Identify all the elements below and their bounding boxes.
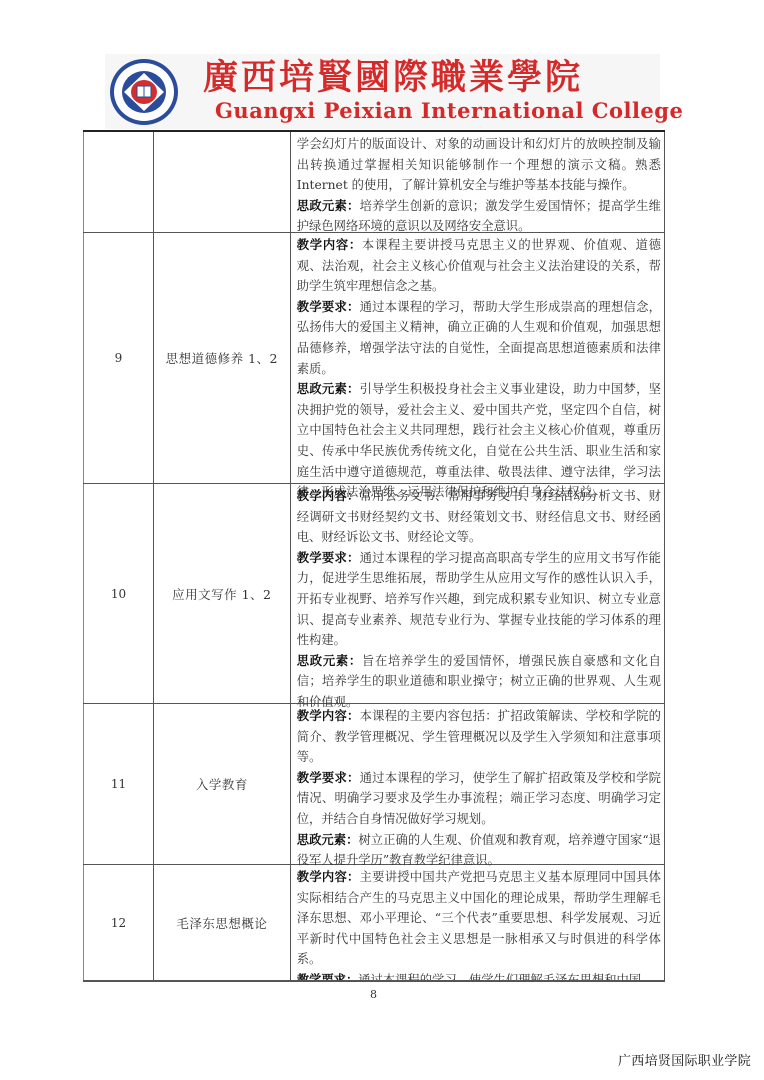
course-table: 学会幻灯片的版面设计、对象的动画设计和幻灯片的放映控制及输出转换通过掌握相关知识… [83, 130, 665, 982]
requirement-label: 教学要求： [297, 972, 359, 982]
requirement-text: 通过本课程的学习，使学生们理解毛泽东思想和中国 [358, 973, 641, 982]
course-description: 教学内容：本课程主要讲授马克思主义的世界观、价值观、道德观、法治观，社会主义核心… [291, 233, 665, 483]
course-name: 毛泽东思想概论 [154, 865, 291, 980]
course-description: 教学内容：主要讲授中国共产党把马克思主义基本原理同中国具体实际相结合产生的马克思… [291, 865, 665, 980]
page-number: 8 [370, 988, 377, 1001]
table-row: 12 毛泽东思想概论 教学内容：主要讲授中国共产党把马克思主义基本原理同中国具体… [83, 865, 665, 982]
college-english-name: Guangxi Peixian International College [215, 99, 683, 123]
table-row: 9 思想道德修养 1、2 教学内容：本课程主要讲授马克思主义的世界观、价值观、道… [83, 233, 665, 484]
course-name: 入学教育 [154, 704, 291, 864]
ideology-text: 引导学生积极投身社会主义事业建设，助力中国梦，坚决拥护党的领导，爱社会主义、爱中… [297, 382, 661, 499]
course-number: 10 [83, 484, 154, 703]
course-description: 教学内容：本课程的主要内容包括：扩招政策解读、学校和学院的简介、教学管理概况、学… [291, 704, 665, 864]
college-header-banner: 廣西培賢國際職業學院 Guangxi Peixian International… [105, 54, 660, 129]
footer-institution-name: 广西培贤国际职业学院 [618, 1050, 751, 1069]
course-number: 12 [83, 865, 154, 980]
requirement-label: 教学要求： [297, 299, 360, 314]
ideology-label: 思政元素： [297, 381, 360, 396]
table-row: 学会幻灯片的版面设计、对象的动画设计和幻灯片的放映控制及输出转换通过掌握相关知识… [83, 132, 665, 233]
content-label: 教学内容： [297, 708, 360, 723]
college-chinese-name: 廣西培賢國際職業學院 [203, 58, 583, 98]
course-name: 应用文写作 1、2 [154, 484, 291, 703]
ideology-label: 思政元素： [297, 832, 359, 847]
content-label: 教学内容： [297, 869, 360, 884]
table-row: 11 入学教育 教学内容：本课程的主要内容包括：扩招政策解读、学校和学院的简介、… [83, 704, 665, 865]
course-description: 学会幻灯片的版面设计、对象的动画设计和幻灯片的放映控制及输出转换通过掌握相关知识… [291, 132, 665, 232]
course-number [83, 132, 154, 232]
requirement-text: 通过本课程的学习提高高职高专学生的应用文书写作能力，促进学生思维拓展，帮助学生从… [297, 551, 661, 647]
content-text: 主要讲授中国共产党把马克思主义基本原理同中国具体实际相结合产生的马克思主义中国化… [297, 870, 661, 966]
college-emblem-icon [109, 57, 179, 127]
course-name [154, 132, 291, 232]
requirement-label: 教学要求： [297, 770, 360, 785]
course-number: 9 [83, 233, 154, 483]
ideology-label: 思政元素： [297, 198, 360, 213]
content-label: 教学内容： [297, 237, 362, 252]
continued-text: 学会幻灯片的版面设计、对象的动画设计和幻灯片的放映控制及输出转换通过掌握相关知识… [297, 134, 661, 196]
course-number: 11 [83, 704, 154, 864]
course-name: 思想道德修养 1、2 [154, 233, 291, 483]
table-row: 10 应用文写作 1、2 教学内容：常用公务文书、常用事务文书、财经活动分析文书… [83, 484, 665, 704]
requirement-label: 教学要求： [297, 550, 360, 565]
content-label: 教学内容： [297, 488, 360, 503]
ideology-label: 思政元素： [297, 653, 362, 668]
course-description: 教学内容：常用公务文书、常用事务文书、财经活动分析文书、财经调研文书财经契约文书… [291, 484, 665, 703]
